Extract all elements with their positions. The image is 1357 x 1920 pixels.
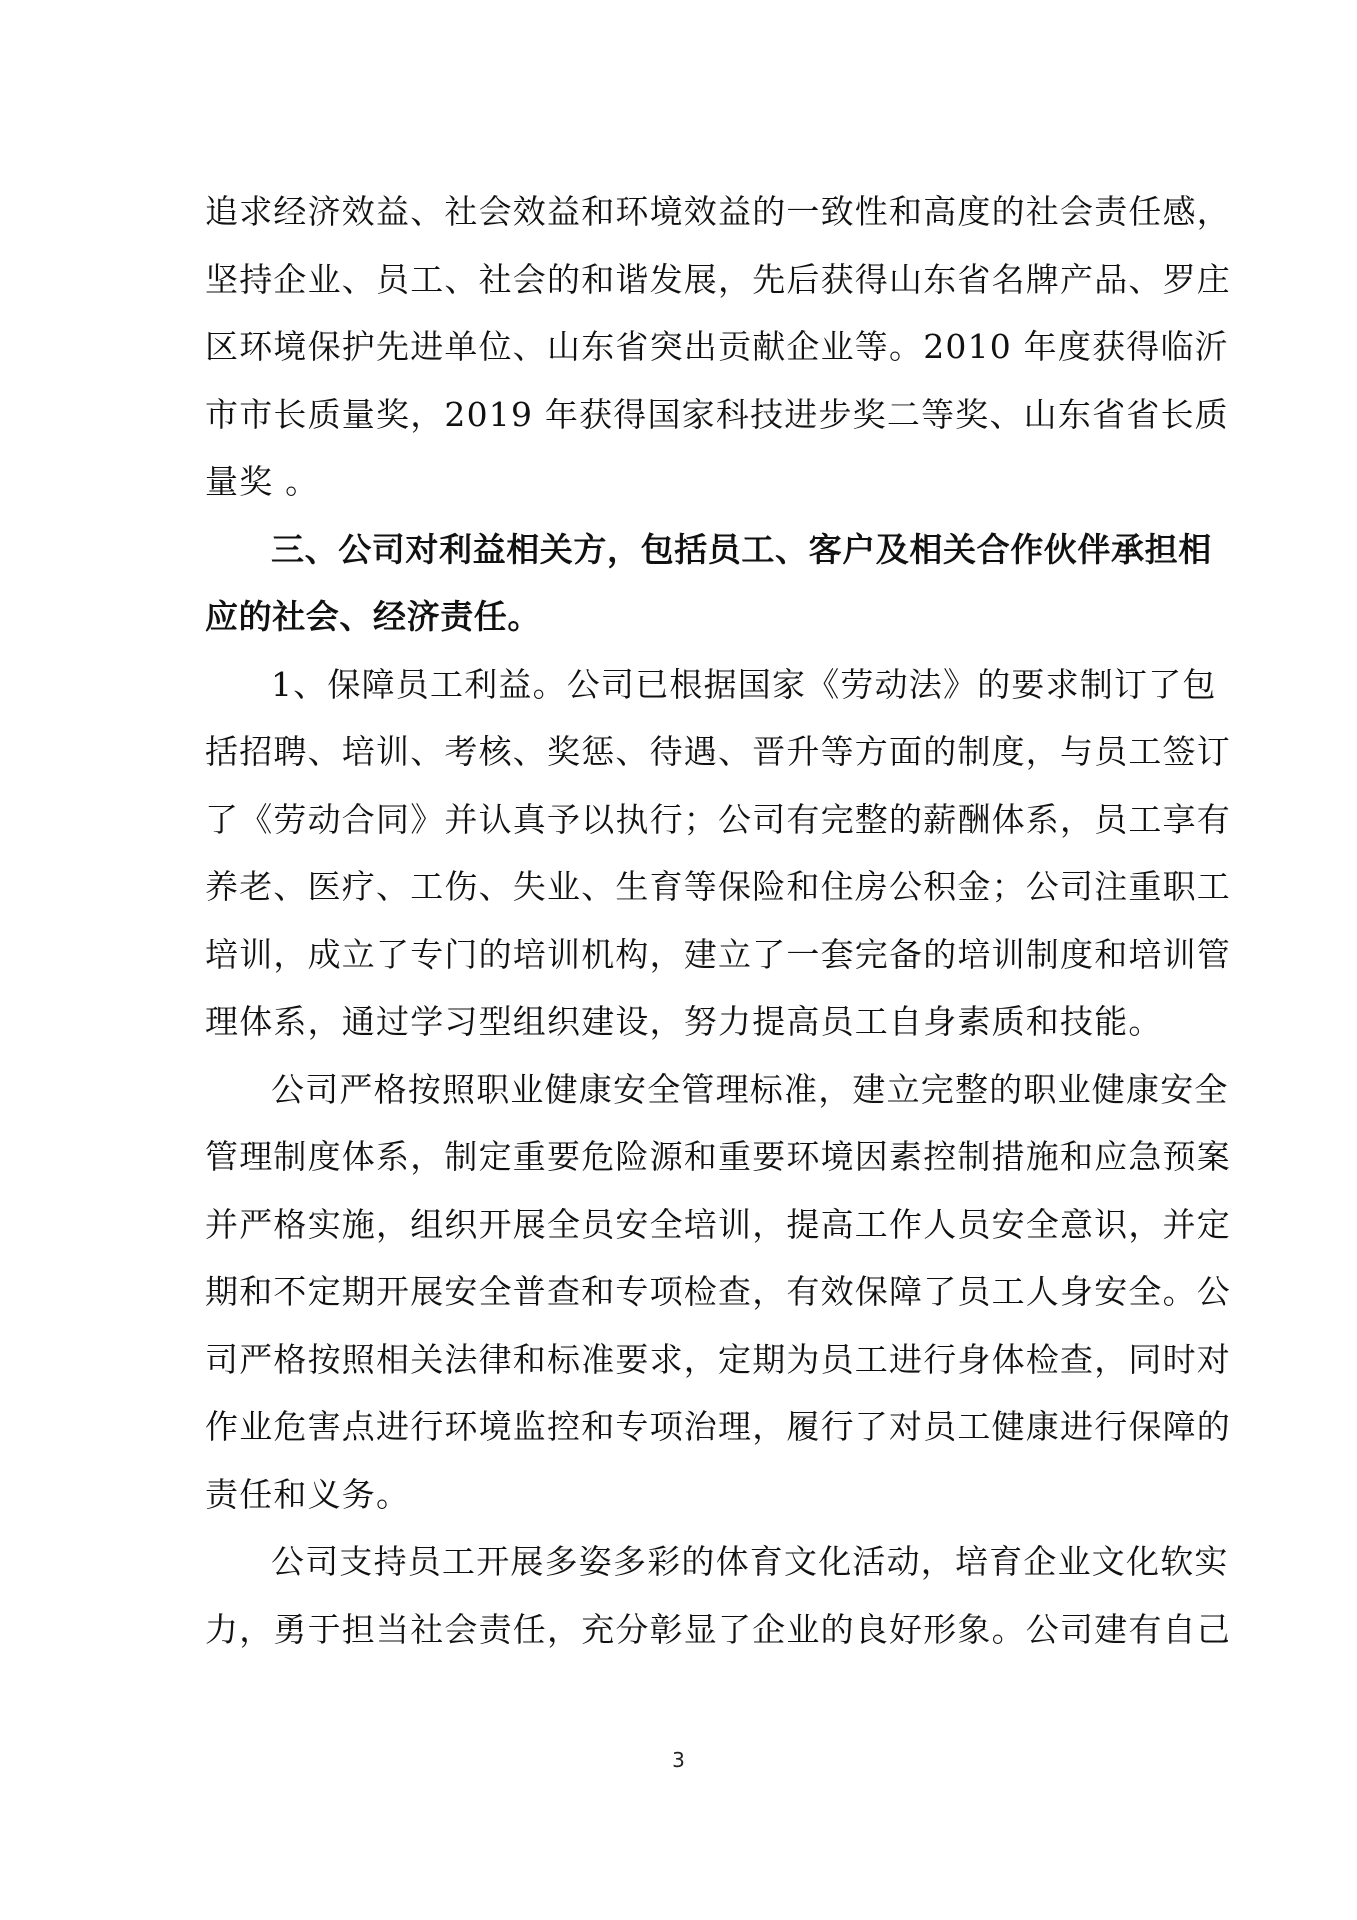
text-line: 公司严格按照职业健康安全管理标准，建立完整的职业健康安全: [205, 1056, 1151, 1124]
text-line: 责任和义务。: [205, 1461, 1151, 1529]
text-line: 期和不定期开展安全普查和专项检查，有效保障了员工人身安全。公: [205, 1258, 1151, 1326]
heading-line: 应的社会、经济责任。: [205, 583, 1151, 651]
paragraph-health-safety: 公司严格按照职业健康安全管理标准，建立完整的职业健康安全 管理制度体系，制定重要…: [205, 1056, 1151, 1529]
section-heading: 三、公司对利益相关方，包括员工、客户及相关合作伙伴承担相 应的社会、经济责任。: [205, 516, 1151, 651]
text-line: 公司支持员工开展多姿多彩的体育文化活动，培育企业文化软实: [205, 1528, 1151, 1596]
paragraph-employee-interests: 1、保障员工利益。公司已根据国家《劳动法》的要求制订了包 括招聘、培训、考核、奖…: [205, 651, 1151, 1056]
text-line: 管理制度体系，制定重要危险源和重要环境因素控制措施和应急预案: [205, 1123, 1151, 1191]
text-line: 追求经济效益、社会效益和环境效益的一致性和高度的社会责任感，: [205, 178, 1151, 246]
text-line: 力，勇于担当社会责任，充分彰显了企业的良好形象。公司建有自己: [205, 1596, 1151, 1664]
document-body: 追求经济效益、社会效益和环境效益的一致性和高度的社会责任感， 坚持企业、员工、社…: [205, 178, 1151, 1663]
text-line: 1、保障员工利益。公司已根据国家《劳动法》的要求制订了包: [205, 651, 1151, 719]
text-line: 并严格实施，组织开展全员安全培训，提高工作人员安全意识，并定: [205, 1191, 1151, 1259]
paragraph-culture: 公司支持员工开展多姿多彩的体育文化活动，培育企业文化软实 力，勇于担当社会责任，…: [205, 1528, 1151, 1663]
text-line: 市市长质量奖，2019 年获得国家科技进步奖二等奖、山东省省长质: [205, 381, 1151, 449]
text-line: 培训，成立了专门的培训机构，建立了一套完备的培训制度和培训管: [205, 921, 1151, 989]
page-number: 3: [0, 1748, 1357, 1772]
paragraph-awards: 追求经济效益、社会效益和环境效益的一致性和高度的社会责任感， 坚持企业、员工、社…: [205, 178, 1151, 516]
text-line: 坚持企业、员工、社会的和谐发展，先后获得山东省名牌产品、罗庄: [205, 246, 1151, 314]
document-page: 追求经济效益、社会效益和环境效益的一致性和高度的社会责任感， 坚持企业、员工、社…: [0, 0, 1357, 1920]
text-line: 了《劳动合同》并认真予以执行；公司有完整的薪酬体系，员工享有: [205, 786, 1151, 854]
text-line: 量奖 。: [205, 448, 1151, 516]
heading-line: 三、公司对利益相关方，包括员工、客户及相关合作伙伴承担相: [205, 516, 1151, 584]
text-line: 司严格按照相关法律和标准要求，定期为员工进行身体检查，同时对: [205, 1326, 1151, 1394]
text-line: 作业危害点进行环境监控和专项治理，履行了对员工健康进行保障的: [205, 1393, 1151, 1461]
text-line: 括招聘、培训、考核、奖惩、待遇、晋升等方面的制度，与员工签订: [205, 718, 1151, 786]
text-line: 养老、医疗、工伤、失业、生育等保险和住房公积金；公司注重职工: [205, 853, 1151, 921]
text-line: 理体系，通过学习型组织建设，努力提高员工自身素质和技能。: [205, 988, 1151, 1056]
text-line: 区环境保护先进单位、山东省突出贡献企业等。2010 年度获得临沂: [205, 313, 1151, 381]
